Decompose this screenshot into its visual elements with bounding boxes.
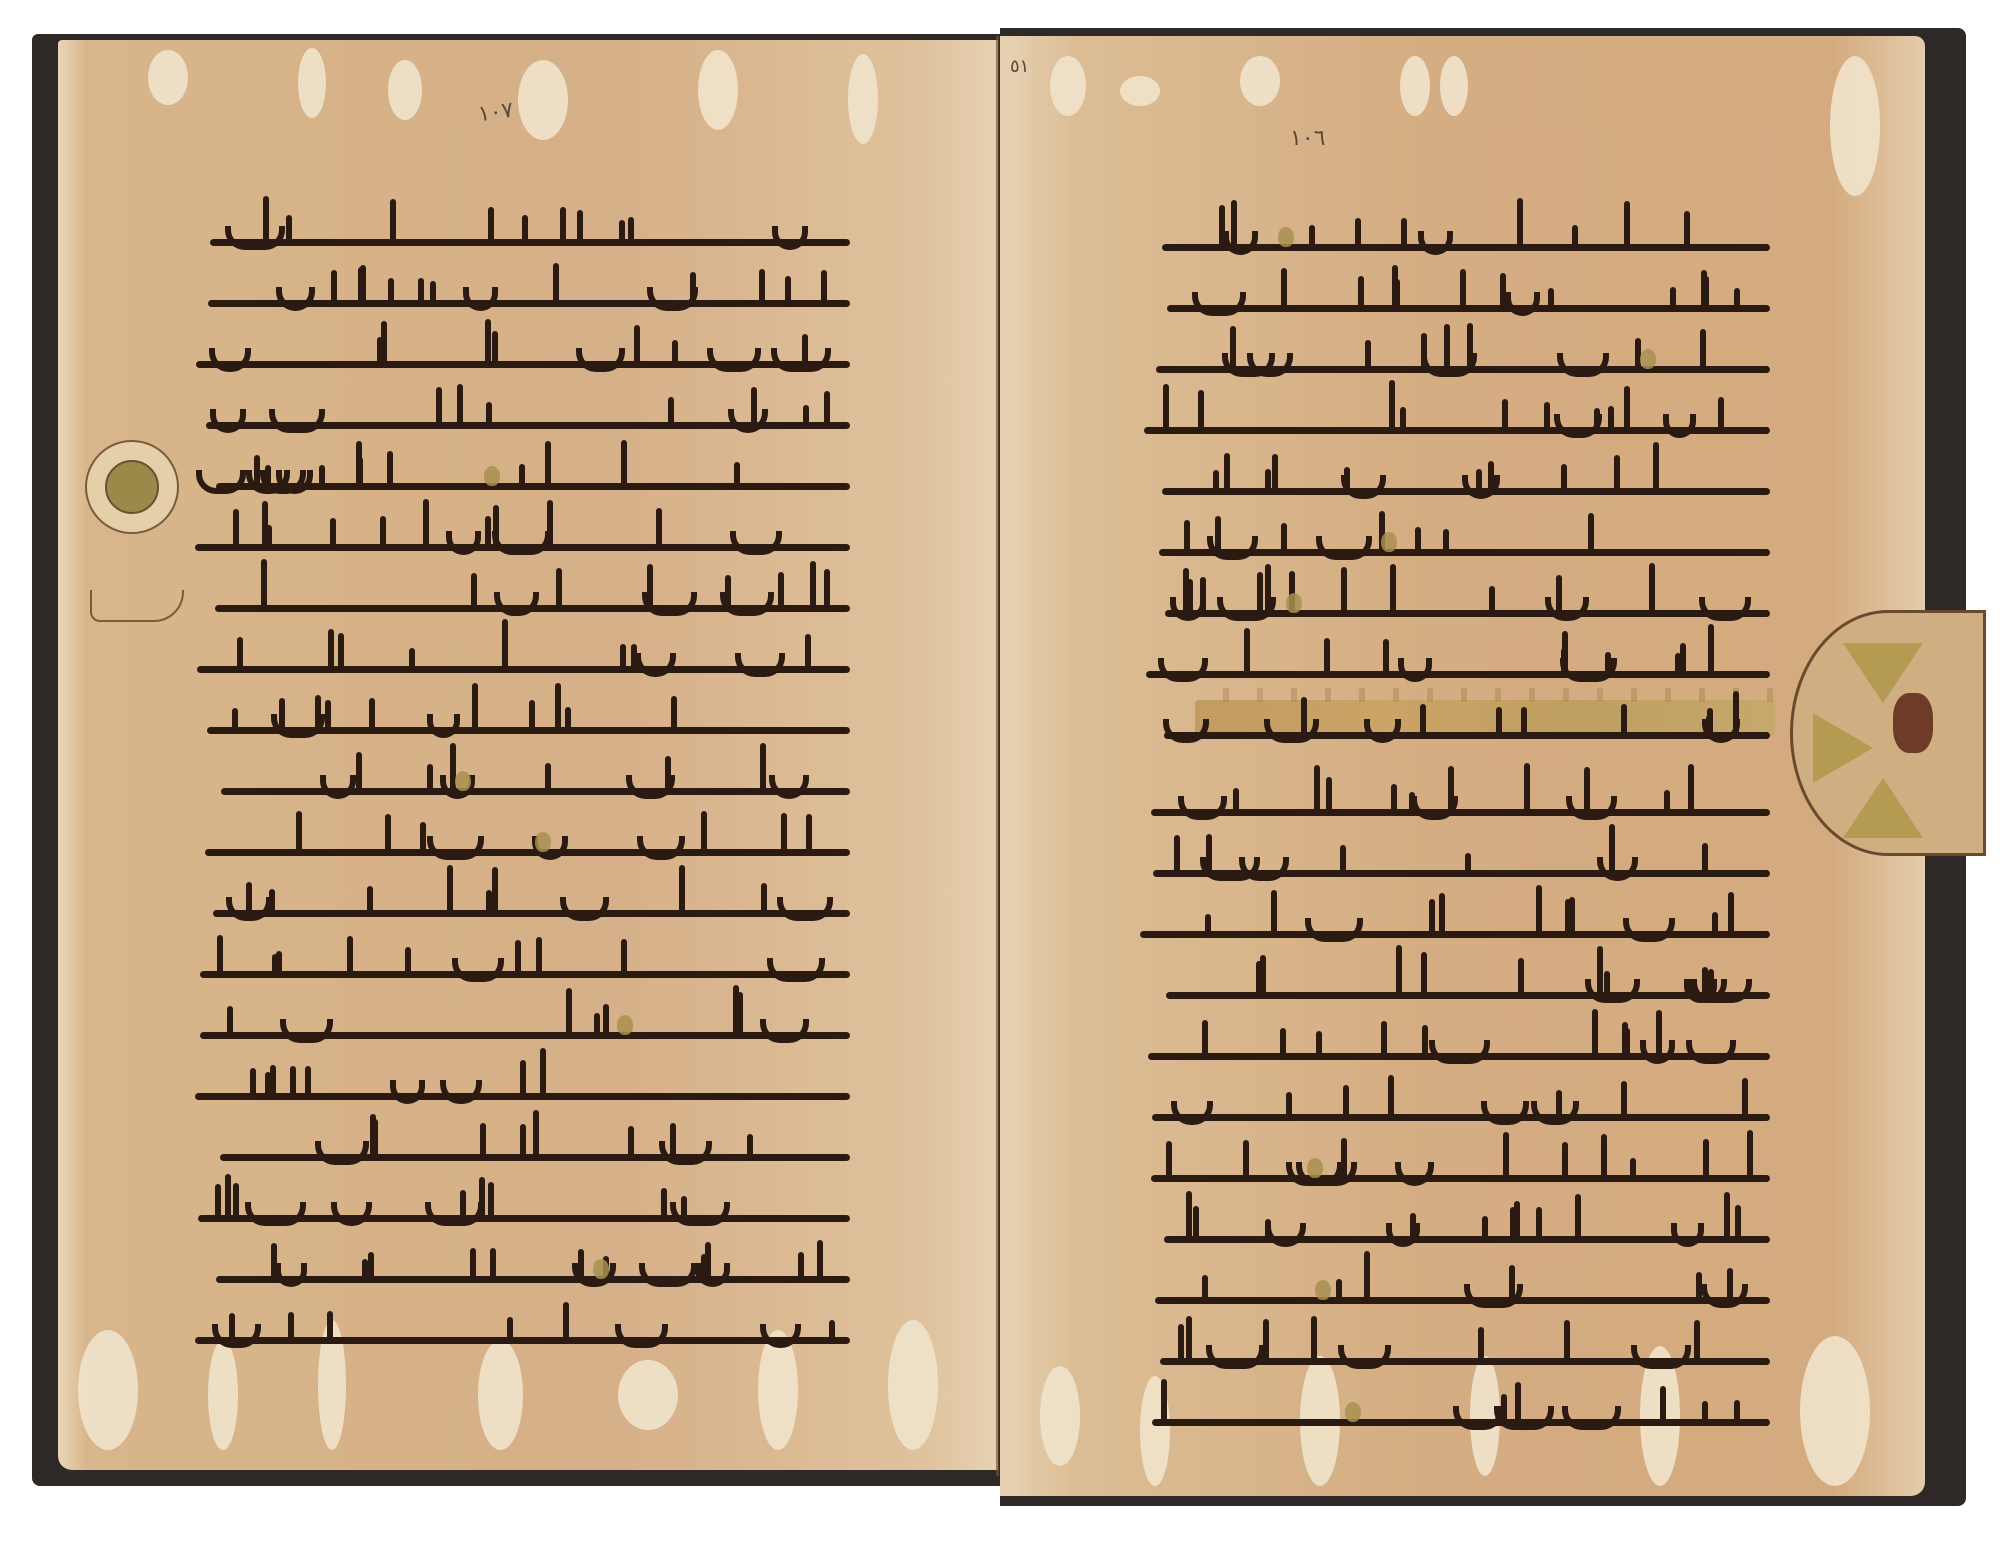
script-line — [1140, 892, 1770, 950]
water-stain — [1040, 1366, 1080, 1466]
baseline-stroke — [1164, 732, 1770, 739]
letter-ascender — [215, 1184, 221, 1218]
letter-ascender — [1391, 784, 1397, 812]
letter-ascender — [367, 886, 373, 913]
letter-ascender — [566, 988, 572, 1035]
letter-ascender — [759, 269, 765, 303]
letter-ascender — [507, 1317, 513, 1340]
letter-ascender — [545, 441, 551, 486]
verse-marker — [1345, 1402, 1361, 1422]
letter-bowl — [1566, 796, 1618, 820]
letter-bowl — [1207, 536, 1258, 560]
letter-bowl — [1264, 719, 1319, 743]
script-line — [195, 566, 850, 624]
letter-bowl — [1560, 658, 1618, 682]
script-line — [1140, 327, 1770, 385]
letter-bowl — [276, 287, 315, 311]
script-line — [1140, 1319, 1770, 1377]
letter-ascender — [621, 939, 627, 974]
letter-ascender — [338, 633, 344, 669]
letter-ascender — [545, 763, 551, 791]
letter-ascender — [621, 440, 627, 486]
letter-ascender — [1712, 912, 1718, 934]
letter-ascender — [388, 278, 394, 303]
letter-bowl — [1702, 719, 1740, 743]
letter-ascender — [824, 391, 830, 425]
letter-ascender — [1684, 211, 1690, 247]
letter-ascender — [634, 325, 640, 364]
letter-bowl — [1699, 597, 1751, 621]
letter-ascender — [810, 561, 816, 608]
letter-ascender — [1396, 945, 1402, 995]
letter-bowl — [245, 1202, 306, 1226]
letter-bowl — [1531, 1101, 1580, 1125]
script-line — [1140, 1014, 1770, 1072]
letter-ascender — [1514, 1201, 1520, 1239]
letter-ascender — [1381, 1021, 1387, 1056]
letter-ascender — [1649, 563, 1655, 613]
letter-bowl — [1691, 979, 1752, 1003]
letter-bowl — [659, 1141, 712, 1165]
letter-ascender — [1702, 1401, 1708, 1422]
letter-ascender — [331, 270, 337, 303]
right-text-block-bottom — [1140, 770, 1770, 1441]
verse-marker — [1278, 227, 1294, 247]
letter-bowl — [1341, 475, 1386, 499]
script-line — [195, 1176, 850, 1234]
letter-ascender — [1621, 1081, 1627, 1117]
letter-ascender — [1364, 1251, 1370, 1300]
gold-triangle — [1813, 713, 1873, 783]
baseline-stroke — [216, 1276, 850, 1283]
letter-ascender — [305, 1066, 311, 1096]
letter-ascender — [1174, 835, 1180, 873]
verse-marker — [1381, 532, 1397, 552]
letter-ascender — [490, 1248, 496, 1279]
letter-ascender — [1622, 1022, 1628, 1056]
letter-ascender — [457, 384, 463, 425]
letter-bowl — [1170, 597, 1207, 621]
letter-ascender — [1272, 454, 1278, 491]
water-stain — [388, 60, 422, 120]
letter-ascender — [672, 340, 678, 364]
left-text-block — [195, 200, 850, 1359]
script-line — [195, 993, 850, 1051]
letter-bowl — [1623, 918, 1675, 942]
letter-ascender — [529, 700, 535, 730]
letter-bowl — [769, 775, 809, 799]
letter-ascender — [1630, 1158, 1636, 1178]
letter-bowl — [735, 653, 785, 677]
script-line — [195, 1115, 850, 1173]
letter-ascender — [288, 1312, 294, 1340]
baseline-stroke — [210, 239, 850, 246]
letter-bowl — [695, 1263, 730, 1287]
script-line — [195, 932, 850, 990]
water-stain — [1800, 1336, 1870, 1486]
baseline-stroke — [1167, 305, 1770, 312]
letter-bowl — [1386, 1223, 1420, 1247]
letter-bowl — [196, 470, 247, 494]
letter-ascender — [369, 698, 375, 730]
letter-ascender — [1562, 1142, 1568, 1178]
letter-ascender — [520, 1124, 526, 1157]
letter-ascender — [1564, 1320, 1570, 1362]
letter-bowl — [1481, 1101, 1529, 1125]
letter-ascender — [1478, 1327, 1484, 1361]
letter-ascender — [1244, 628, 1250, 674]
letter-ascender — [1316, 1031, 1322, 1056]
water-stain — [1050, 56, 1086, 116]
script-line — [195, 1054, 850, 1112]
letter-ascender — [356, 752, 362, 791]
letter-bowl — [1418, 231, 1453, 255]
letter-bowl — [1316, 536, 1372, 560]
letter-ascender — [824, 569, 830, 608]
letter-ascender — [1326, 777, 1332, 812]
letter-ascender — [594, 1013, 600, 1035]
letter-bowl — [1585, 979, 1640, 1003]
letter-ascender — [1621, 704, 1627, 735]
letter-ascender — [785, 276, 791, 303]
water-stain — [1440, 56, 1468, 116]
script-line — [195, 505, 850, 563]
letter-ascender — [1336, 1279, 1342, 1300]
letter-ascender — [1601, 1134, 1607, 1178]
script-line — [195, 749, 850, 807]
letter-bowl — [639, 1263, 697, 1287]
letter-ascender — [486, 402, 492, 425]
water-stain — [1240, 56, 1280, 106]
letter-bowl — [494, 592, 539, 616]
letter-ascender — [1608, 406, 1614, 430]
water-stain — [78, 1330, 138, 1450]
letter-ascender — [515, 940, 521, 974]
letter-bowl — [767, 958, 825, 982]
letter-bowl — [331, 1202, 372, 1226]
script-line — [195, 627, 850, 685]
letter-ascender — [1213, 470, 1219, 491]
letter-ascender — [1703, 1139, 1709, 1178]
verse-marker — [593, 1259, 609, 1279]
letter-ascender — [829, 1320, 835, 1340]
letter-bowl — [1163, 719, 1209, 743]
letter-bowl — [720, 592, 774, 616]
letter-ascender — [380, 516, 386, 547]
letter-ascender — [628, 217, 634, 242]
letter-bowl — [225, 226, 285, 250]
letter-ascender — [821, 270, 827, 303]
letter-ascender — [233, 509, 239, 547]
script-line — [1140, 205, 1770, 263]
letter-bowl — [446, 531, 482, 555]
letter-ascender — [628, 1126, 634, 1157]
letter-bowl — [1686, 1040, 1736, 1064]
script-line — [1140, 510, 1770, 568]
letter-bowl — [463, 287, 498, 311]
letter-ascender — [471, 573, 477, 608]
letter-ascender — [805, 634, 811, 669]
letter-ascender — [1186, 1191, 1192, 1239]
script-line — [195, 322, 850, 380]
baseline-stroke — [213, 910, 850, 917]
script-line — [195, 444, 850, 502]
letter-bowl — [635, 653, 676, 677]
letter-ascender — [237, 637, 243, 669]
letter-ascender — [492, 331, 498, 364]
letter-ascender — [347, 936, 353, 974]
letter-ascender — [1521, 707, 1527, 735]
letter-bowl — [647, 287, 699, 311]
letter-ascender — [436, 387, 442, 425]
letter-ascender — [533, 1110, 539, 1157]
baseline-stroke — [200, 971, 850, 978]
letter-ascender — [1340, 845, 1346, 873]
letter-ascender — [1421, 952, 1427, 995]
letter-ascender — [1309, 225, 1315, 247]
script-line — [195, 383, 850, 441]
letter-bowl — [1421, 353, 1477, 377]
letter-ascender — [1747, 1130, 1753, 1178]
letter-ascender — [1592, 1009, 1598, 1056]
letter-ascender — [1233, 788, 1239, 812]
letter-ascender — [1536, 1207, 1542, 1239]
letter-ascender — [577, 210, 583, 242]
letter-ascender — [1734, 1400, 1740, 1422]
letter-bowl — [1701, 1284, 1748, 1308]
letter-ascender — [1728, 892, 1734, 934]
letter-ascender — [1439, 893, 1445, 934]
script-line — [1140, 449, 1770, 507]
letter-ascender — [553, 263, 559, 303]
letter-ascender — [806, 814, 812, 852]
letter-ascender — [470, 1248, 476, 1280]
letter-ascender — [761, 883, 767, 913]
letter-ascender — [217, 935, 223, 974]
letter-ascender — [1355, 218, 1361, 247]
letter-ascender — [1735, 1205, 1741, 1240]
water-stain — [698, 50, 738, 130]
letter-ascender — [679, 865, 685, 913]
letter-ascender — [1702, 843, 1708, 873]
letter-bowl — [728, 409, 768, 433]
letter-bowl — [440, 1080, 481, 1104]
letter-ascender — [360, 265, 366, 303]
letter-ascender — [1524, 763, 1530, 812]
letter-ascender — [817, 1240, 823, 1279]
letter-ascender — [1163, 384, 1169, 430]
letter-bowl — [1364, 719, 1401, 743]
letter-bowl — [1158, 658, 1208, 682]
letter-ascender — [1422, 1025, 1428, 1056]
verse-marker — [1315, 1280, 1331, 1300]
water-stain — [848, 54, 878, 144]
letter-ascender — [620, 644, 626, 669]
letter-bowl — [280, 1019, 332, 1043]
letter-bowl — [1640, 1040, 1675, 1064]
letter-ascender — [485, 516, 491, 547]
letter-bowl — [1631, 1345, 1691, 1369]
letter-bowl — [1562, 1406, 1621, 1430]
letter-ascender — [381, 321, 387, 364]
letter-ascender — [418, 278, 424, 303]
baseline-stroke — [221, 788, 850, 795]
letter-bowl — [315, 1141, 369, 1165]
letter-ascender — [1324, 638, 1330, 674]
letter-ascender — [1688, 764, 1694, 812]
top-mark: ٥١ — [1010, 56, 1029, 77]
letter-bowl — [642, 592, 697, 616]
letter-ascender — [368, 1252, 374, 1279]
verse-marker — [535, 832, 551, 852]
letter-ascender — [661, 1188, 667, 1218]
letter-ascender — [1358, 276, 1364, 308]
letter-ascender — [325, 700, 331, 730]
letter-bowl — [427, 714, 460, 738]
script-line — [195, 200, 850, 258]
script-line — [1140, 770, 1770, 828]
letter-ascender — [1415, 527, 1421, 552]
letter-ascender — [1614, 455, 1620, 491]
letter-bowl — [390, 1080, 425, 1104]
script-line — [1140, 1136, 1770, 1194]
letter-ascender — [747, 1134, 753, 1157]
margin-flourish — [90, 590, 184, 622]
letter-ascender — [1443, 529, 1449, 552]
letter-ascender — [803, 405, 809, 425]
letter-bowl — [1663, 414, 1695, 438]
letter-ascender — [778, 572, 784, 608]
letter-bowl — [210, 409, 247, 433]
letter-ascender — [427, 764, 433, 791]
water-stain — [1400, 56, 1430, 116]
letter-ascender — [1286, 1092, 1292, 1117]
script-line — [195, 1298, 850, 1356]
letter-bowl — [777, 897, 833, 921]
baseline-stroke — [1155, 1297, 1770, 1304]
letter-ascender — [488, 1182, 494, 1218]
letter-bowl — [1671, 1223, 1703, 1247]
letter-ascender — [276, 951, 282, 974]
letter-ascender — [1517, 198, 1523, 247]
letter-bowl — [226, 897, 272, 921]
letter-ascender — [1166, 1141, 1172, 1178]
right-text-block-top — [1140, 205, 1770, 754]
letter-ascender — [250, 1068, 256, 1096]
letter-bowl — [1554, 414, 1602, 438]
letter-ascender — [1341, 567, 1347, 613]
letter-ascender — [486, 890, 492, 913]
script-line — [1140, 831, 1770, 889]
letter-ascender — [1365, 340, 1371, 369]
book-gutter — [996, 36, 999, 1476]
letter-ascender — [1624, 386, 1630, 430]
letter-ascender — [327, 1311, 333, 1340]
letter-ascender — [385, 814, 391, 852]
letter-ascender — [296, 811, 302, 852]
script-line — [1140, 1197, 1770, 1255]
script-line — [195, 1237, 850, 1295]
letter-ascender — [1205, 914, 1211, 934]
letter-ascender — [1281, 268, 1287, 308]
letter-ascender — [555, 683, 561, 730]
letter-ascender — [1460, 269, 1466, 308]
letter-bowl — [1429, 1040, 1490, 1064]
letter-ascender — [1243, 1140, 1249, 1178]
letter-ascender — [1572, 225, 1578, 247]
letter-bowl — [1217, 597, 1276, 621]
letter-bowl — [560, 897, 608, 921]
letter-ascender — [563, 1302, 569, 1340]
letter-ascender — [668, 397, 674, 425]
letter-bowl — [760, 1019, 810, 1043]
verse-marker — [455, 771, 471, 791]
letter-ascender — [781, 813, 787, 852]
letter-ascender — [760, 743, 766, 791]
letter-ascender — [1198, 390, 1204, 430]
letter-ascender — [1186, 1316, 1192, 1361]
letter-ascender — [1265, 469, 1271, 491]
letter-bowl — [452, 958, 504, 982]
letter-bowl — [1545, 597, 1589, 621]
letter-ascender — [1394, 279, 1400, 308]
letter-ascender — [328, 629, 334, 669]
letter-ascender — [619, 220, 625, 242]
letter-ascender — [372, 1119, 378, 1157]
letter-ascender — [1311, 1316, 1317, 1361]
script-line — [1140, 571, 1770, 629]
letter-ascender — [502, 619, 508, 669]
script-line — [1140, 388, 1770, 446]
verse-marker — [484, 466, 500, 486]
letter-ascender — [1660, 1386, 1666, 1422]
letter-ascender — [1701, 270, 1707, 308]
letter-bowl — [760, 1324, 801, 1348]
water-stain — [148, 50, 188, 105]
letter-bowl — [492, 531, 551, 555]
letter-ascender — [430, 281, 436, 303]
letter-ascender — [1224, 453, 1230, 492]
letter-ascender — [1724, 1192, 1730, 1239]
letter-ascender — [1548, 288, 1554, 308]
script-line — [195, 688, 850, 746]
letter-bowl — [1453, 1406, 1504, 1430]
letter-ascender — [1694, 1320, 1700, 1361]
letter-ascender — [225, 1174, 231, 1218]
letter-bowl — [212, 1324, 261, 1348]
verse-marker — [617, 1015, 633, 1035]
script-line — [1140, 632, 1770, 690]
letter-ascender — [266, 525, 272, 547]
letter-bowl — [1398, 658, 1432, 682]
letter-bowl — [772, 226, 808, 250]
folio-number: ١٠٧ — [476, 98, 515, 128]
letter-ascender — [357, 457, 363, 486]
letter-ascender — [1465, 853, 1471, 873]
letter-ascender — [330, 518, 336, 547]
letter-ascender — [1184, 520, 1190, 552]
script-line — [1140, 953, 1770, 1011]
script-line — [1140, 1380, 1770, 1438]
letter-bowl — [1411, 796, 1457, 820]
letter-ascender — [1280, 1028, 1286, 1056]
letter-bowl — [425, 1202, 484, 1226]
star-interlace-medallion — [1790, 610, 1986, 856]
letter-ascender — [362, 1259, 368, 1279]
water-stain — [888, 1320, 938, 1450]
letter-ascender — [480, 1123, 486, 1157]
letter-bowl — [269, 409, 325, 433]
